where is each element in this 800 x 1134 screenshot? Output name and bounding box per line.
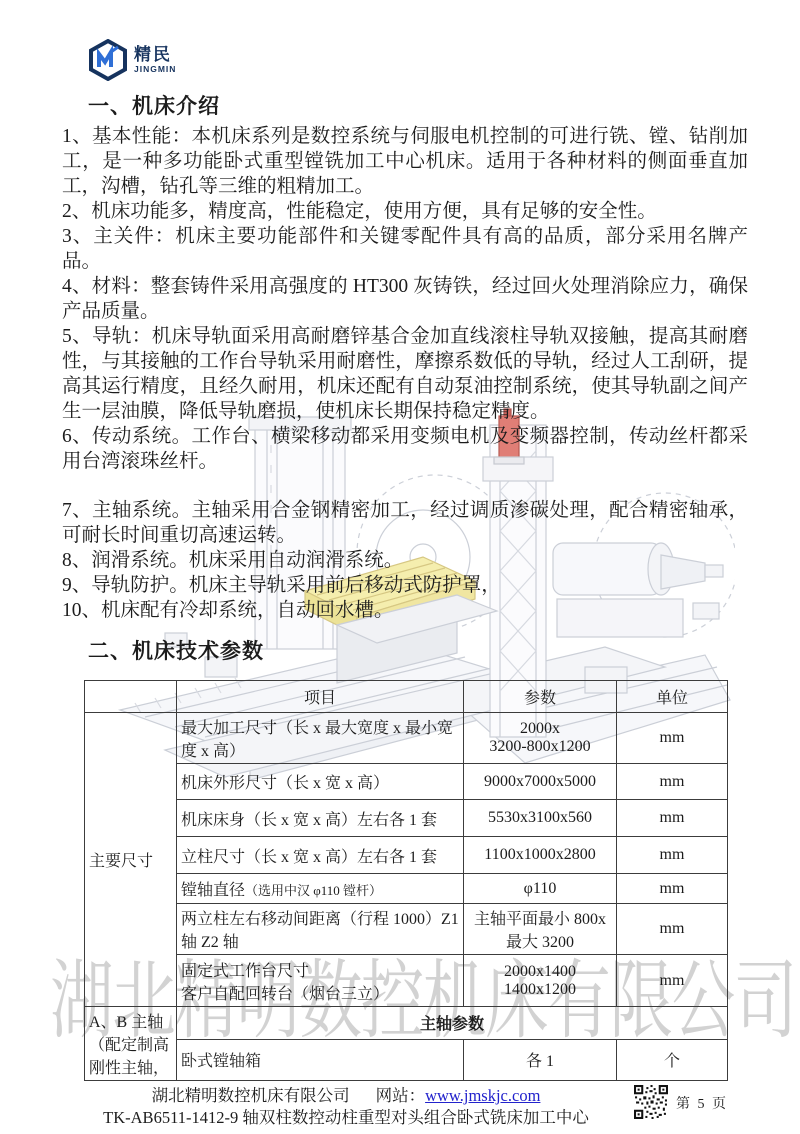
company-logo: 精民 JINGMIN	[62, 36, 750, 84]
footer-model-line: TK-AB6511-1412-9 轴双柱数控动柱重型对头组合卧式铣床加工中心	[62, 1107, 630, 1129]
header-empty-cell	[85, 681, 177, 713]
table-row: 主要尺寸 最大加工尺寸（长 x 最大宽度 x 最小宽度 x 高） 2000x 3…	[85, 713, 728, 764]
intro-paragraph-10: 10、机床配有冷却系统，自动回水槽。	[62, 598, 748, 623]
footer-site-link[interactable]: www.jmskjc.com	[425, 1086, 540, 1105]
group2-header: 主轴参数	[177, 1007, 728, 1040]
row-item: 最大加工尺寸（长 x 最大宽度 x 最小宽度 x 高）	[177, 713, 464, 764]
intro-paragraph-1: 1、基本性能：本机床系列是数控系统与伺服电机控制的可进行铣、镗、钻削加工，是一种…	[62, 124, 748, 199]
intro-paragraph-5: 5、导轨：机床导轨面采用高耐磨锌基合金加直线滚柱导轨双接触，提高其耐磨性，与其接…	[62, 324, 748, 424]
page-number: 第 5 页	[676, 1093, 728, 1113]
row-unit: mm	[617, 764, 728, 800]
footer-company-line: 湖北精明数控机床有限公司网站：www.jmskjc.com	[62, 1085, 630, 1107]
intro-paragraph-4: 4、材料：整套铸件采用高强度的 HT300 灰铸铁，经过回火处理消除应力，确保产…	[62, 274, 748, 324]
row-unit: 个	[617, 1039, 728, 1080]
row-param: 各 1	[464, 1039, 617, 1080]
row-item: 立柱尺寸（长 x 宽 x 高）左右各 1 套	[177, 837, 464, 874]
logo-brand-cn: 精民	[134, 46, 176, 63]
intro-paragraph-9: 9、导轨防护。机床主导轨采用前后移动式防护罩，	[62, 573, 748, 598]
header-unit: 单位	[617, 681, 728, 713]
spec-table: 项目 参数 单位 主要尺寸 最大加工尺寸（长 x 最大宽度 x 最小宽度 x 高…	[84, 680, 728, 1081]
row-item: 卧式镗轴箱	[177, 1039, 464, 1080]
table-row: 固定式工作台尺寸 客户自配回转台（烟台三立） 2000x1400 1400x12…	[85, 955, 728, 1007]
row-item: 机床外形尺寸（长 x 宽 x 高）	[177, 764, 464, 800]
row-item-note: （选用中汉 φ110 镗杆）	[245, 883, 382, 898]
intro-paragraph-3: 3、主关件：机床主要功能部件和关键零配件具有高的品质，部分采用名牌产品。	[62, 224, 748, 274]
header-param: 参数	[464, 681, 617, 713]
footer-company: 湖北精明数控机床有限公司	[152, 1086, 350, 1105]
row-param: 主轴平面最小 800x 最大 3200	[464, 904, 617, 955]
intro-paragraph-6: 6、传动系统。工作台、横梁移动都采用变频电机及变频器控制，传动丝杆都采用台湾滚珠…	[62, 424, 748, 474]
intro-paragraph-7: 7、主轴系统。主轴采用合金钢精密加工，经过调质渗碳处理，配合精密轴承，可耐长时间…	[62, 498, 748, 548]
row-unit: mm	[617, 874, 728, 904]
row-param: 2000x 3200-800x1200	[464, 713, 617, 764]
row-param: φ110	[464, 874, 617, 904]
table-row: 机床外形尺寸（长 x 宽 x 高） 9000x7000x5000 mm	[85, 764, 728, 800]
intro-paragraphs: 1、基本性能：本机床系列是数控系统与伺服电机控制的可进行铣、镗、钻削加工，是一种…	[62, 124, 748, 623]
section2-heading: 二、机床技术参数	[88, 635, 750, 665]
row-param: 5530x3100x560	[464, 800, 617, 837]
row-item-main: 镗轴直径	[181, 882, 245, 899]
row-param: 2000x1400 1400x1200	[464, 955, 617, 1007]
row-param: 1100x1000x2800	[464, 837, 617, 874]
intro-paragraph-8: 8、润滑系统。机床采用自动润滑系统。	[62, 548, 748, 573]
group2-label: A、B 主轴 （配定制高 刚性主轴，	[85, 1007, 177, 1081]
row-item: 两立柱左右移动间距离（行程 1000）Z1 轴 Z2 轴	[177, 904, 464, 955]
row-param: 9000x7000x5000	[464, 764, 617, 800]
header-item: 项目	[177, 681, 464, 713]
table-row: 卧式镗轴箱 各 1 个	[85, 1039, 728, 1080]
row-unit: mm	[617, 955, 728, 1007]
logo-brand-en: JINGMIN	[134, 65, 176, 74]
page-footer: 湖北精明数控机床有限公司网站：www.jmskjc.com TK-AB6511-…	[62, 1085, 750, 1129]
row-item: 镗轴直径（选用中汉 φ110 镗杆）	[177, 874, 464, 904]
row-unit: mm	[617, 713, 728, 764]
row-item: 固定式工作台尺寸 客户自配回转台（烟台三立）	[177, 955, 464, 1007]
row-unit: mm	[617, 800, 728, 837]
row-item: 机床床身（长 x 宽 x 高）左右各 1 套	[177, 800, 464, 837]
logo-hexagon-icon	[88, 39, 128, 81]
table-row: 两立柱左右移动间距离（行程 1000）Z1 轴 Z2 轴 主轴平面最小 800x…	[85, 904, 728, 955]
footer-site-label: 网站：	[376, 1086, 426, 1105]
spindle-group-header-row: A、B 主轴 （配定制高 刚性主轴， 主轴参数	[85, 1007, 728, 1040]
qr-code	[634, 1085, 668, 1119]
section1-heading: 一、机床介绍	[88, 90, 750, 120]
table-row: 机床床身（长 x 宽 x 高）左右各 1 套 5530x3100x560 mm	[85, 800, 728, 837]
group1-label: 主要尺寸	[85, 713, 177, 1007]
spec-header-row: 项目 参数 单位	[85, 681, 728, 713]
row-unit: mm	[617, 837, 728, 874]
row-unit: mm	[617, 904, 728, 955]
table-row: 镗轴直径（选用中汉 φ110 镗杆） φ110 mm	[85, 874, 728, 904]
table-row: 立柱尺寸（长 x 宽 x 高）左右各 1 套 1100x1000x2800 mm	[85, 837, 728, 874]
intro-paragraph-2: 2、机床功能多，精度高，性能稳定，使用方便，具有足够的安全性。	[62, 199, 748, 224]
